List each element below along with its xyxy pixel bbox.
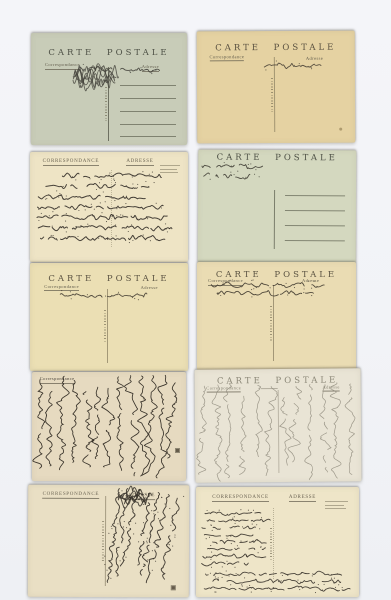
postcard-cream-row3-right: CARTE POSTALECorrespondanceAdresse	[197, 262, 356, 370]
postcard-green-top-left: CARTE POSTALECorrespondanceAdresse	[31, 33, 187, 145]
handwriting	[197, 262, 356, 370]
postcard-tan-top-right: CARTE POSTALECorrespondanceAdresse	[197, 31, 356, 144]
postcard-handwritten-row4-left: Correspondance	[32, 372, 186, 481]
handwriting	[30, 152, 188, 262]
handwriting	[31, 33, 187, 145]
handwriting	[197, 31, 356, 144]
postcard-cream-row3-left: CARTE POSTALECorrespondanceAdresse	[30, 263, 188, 371]
handwriting	[198, 150, 357, 264]
handwriting	[195, 368, 362, 482]
handwriting	[196, 487, 359, 597]
postcard-green-row2-right: CARTE POSTALE	[198, 150, 357, 264]
postcard-cream-row2-left: CORRESPONDANCEADRESSE	[30, 152, 188, 262]
handwriting	[30, 263, 188, 371]
handwriting	[32, 372, 186, 481]
postcard-photo: CARTE POSTALECorrespondanceAdresseCARTE …	[0, 0, 391, 600]
stamp-mark	[171, 585, 176, 590]
stamp-mark	[175, 448, 180, 453]
postcard-cream-row5-left: CORRESPONDANCEADRESSE	[28, 485, 189, 598]
postcard-faded-row4-right: CARTE POSTALECorrespondanceAdresse	[195, 368, 362, 482]
handwriting	[28, 485, 189, 598]
postcard-cream-row5-right: CORRESPONDANCEADRESSE	[196, 487, 359, 597]
